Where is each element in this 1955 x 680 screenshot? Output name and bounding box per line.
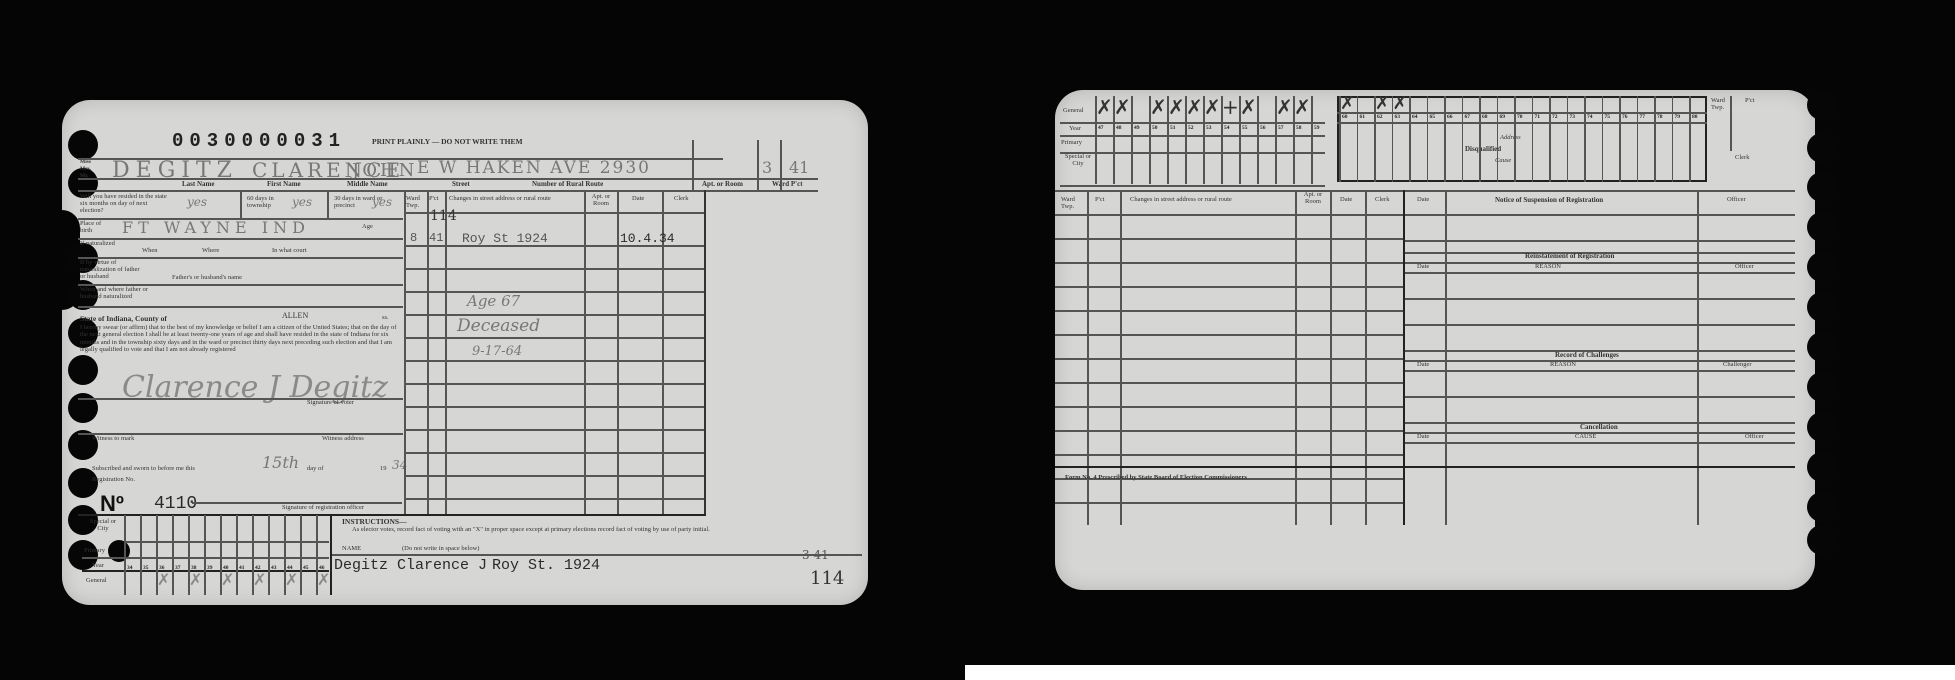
cancellation-date: Date bbox=[1417, 434, 1429, 441]
vote-mark: ✗ bbox=[317, 570, 330, 589]
punch-hole bbox=[1807, 292, 1837, 322]
prefix-mrs: Mrs. bbox=[80, 167, 91, 173]
punch-hole bbox=[1807, 372, 1837, 402]
label-last-name: Last Name bbox=[182, 181, 214, 188]
label-name: NAME bbox=[342, 546, 361, 553]
label-signature-voter: Signature of voter bbox=[307, 400, 354, 407]
rule bbox=[404, 429, 704, 431]
year-cell: 34 bbox=[127, 565, 133, 571]
label-place-of-birth: Place of birth bbox=[80, 221, 110, 235]
year-cell: 75 bbox=[1605, 114, 1611, 120]
rule bbox=[757, 140, 759, 190]
header-ward-twp: Ward Twp. bbox=[406, 196, 426, 210]
vote-mark: ✗ bbox=[157, 570, 170, 589]
registration-card-back: General Year Primary Special or City Add… bbox=[1055, 90, 1815, 590]
label-when-where-father: When and where father or husband natural… bbox=[80, 287, 165, 301]
rule bbox=[780, 140, 782, 190]
rule bbox=[404, 268, 704, 270]
year-cell: 76 bbox=[1622, 114, 1628, 120]
rule bbox=[78, 306, 403, 308]
vote-mark: ✗ bbox=[1114, 95, 1131, 119]
rule bbox=[584, 190, 586, 515]
challenges-challenger: Challenger bbox=[1723, 362, 1752, 369]
rule bbox=[404, 245, 704, 247]
year-cell: 48 bbox=[1116, 125, 1122, 131]
header-suspension: Notice of Suspension of Registration bbox=[1495, 197, 1603, 204]
punch-hole bbox=[1807, 525, 1837, 555]
header-clerk: Clerk bbox=[674, 196, 688, 203]
instructions-text: As elector votes, record fact of voting … bbox=[352, 527, 832, 534]
rule bbox=[1462, 96, 1464, 182]
header-note: PRINT PLAINLY — DO NOT WRITE THEM bbox=[372, 138, 523, 146]
rule bbox=[1357, 96, 1359, 182]
label-witness-address: Witness address bbox=[322, 436, 364, 443]
row-label-general: General bbox=[1063, 108, 1084, 115]
rule bbox=[1654, 96, 1656, 182]
year-cell: 47 bbox=[1098, 125, 1104, 131]
vote-mark: ✗ bbox=[1204, 95, 1221, 119]
rule bbox=[404, 498, 704, 500]
rule bbox=[1427, 96, 1429, 182]
year-cell: 51 bbox=[1170, 125, 1176, 131]
row-label-primary: Primary bbox=[84, 548, 105, 555]
year-cell: 39 bbox=[207, 565, 213, 571]
punch-hole bbox=[68, 355, 98, 385]
change-ward: 8 bbox=[410, 231, 417, 245]
header-clerk: Clerk bbox=[1375, 197, 1389, 204]
year-cell: 71 bbox=[1535, 114, 1541, 120]
rule bbox=[1479, 96, 1481, 182]
label-day-of: day of bbox=[307, 466, 323, 473]
instructions-title: INSTRUCTIONS— bbox=[342, 518, 407, 526]
vote-mark: ✗ bbox=[1294, 95, 1311, 119]
label-residence-q: Will you have resided in the state six m… bbox=[80, 194, 170, 214]
rule bbox=[404, 190, 406, 515]
label-naturalized: If naturalized bbox=[80, 241, 120, 248]
label-signature-officer: Signature of registration officer bbox=[282, 505, 364, 512]
label-ward-twp: Ward Twp. bbox=[1711, 98, 1731, 112]
label-house-number: Number of Rural Route bbox=[532, 181, 603, 188]
header-pct: P'ct bbox=[1095, 197, 1104, 204]
rule bbox=[1405, 432, 1795, 434]
rule bbox=[1055, 334, 1403, 336]
residence-answer-ward: yes bbox=[372, 195, 392, 209]
rule bbox=[1055, 454, 1403, 456]
punch-hole bbox=[1807, 492, 1837, 522]
rule bbox=[332, 554, 862, 556]
challenges-title: Record of Challenges bbox=[1555, 352, 1619, 359]
rule bbox=[1060, 135, 1325, 137]
rule bbox=[1409, 96, 1411, 182]
label-age: Age bbox=[362, 224, 373, 231]
rule bbox=[1405, 324, 1795, 326]
number-mark: Nº bbox=[100, 492, 124, 515]
label-apt-room: Apt. or Room bbox=[702, 181, 743, 188]
rule bbox=[1730, 96, 1732, 151]
vote-mark: ✗ bbox=[285, 570, 298, 589]
rule bbox=[692, 140, 694, 190]
registration-number: 4110 bbox=[154, 494, 197, 514]
label-first-name: First Name bbox=[267, 181, 301, 188]
year-cell: 50 bbox=[1152, 125, 1158, 131]
form-footer: Form No. 4 Prescribed by State Board of … bbox=[1065, 475, 1247, 482]
vote-mark: + bbox=[1222, 95, 1239, 119]
year-cell: 66 bbox=[1447, 114, 1453, 120]
year-cell: 35 bbox=[143, 565, 149, 571]
rule bbox=[1055, 310, 1403, 312]
vote-mark: ✗ bbox=[1375, 93, 1390, 114]
place-of-birth-value: FT WAYNE IND bbox=[122, 218, 310, 237]
rule bbox=[204, 515, 206, 595]
registration-card-front: 0030000031 PRINT PLAINLY — DO NOT WRITE … bbox=[62, 100, 868, 605]
vote-mark: ✗ bbox=[1186, 95, 1203, 119]
rule bbox=[1405, 370, 1795, 372]
row-label-special: Special or City bbox=[84, 519, 122, 533]
year-cell: 65 bbox=[1430, 114, 1436, 120]
label-clerk: Clerk bbox=[1735, 155, 1749, 162]
reinstatement-title: Reinstatement of Registration bbox=[1525, 253, 1614, 260]
year-cell: 74 bbox=[1587, 114, 1593, 120]
label-subscribed: Subscribed and sworn to before me this bbox=[92, 466, 195, 473]
year-cell: 58 bbox=[1296, 125, 1302, 131]
rule bbox=[1055, 358, 1403, 360]
rule bbox=[704, 190, 706, 515]
year-cell: 37 bbox=[175, 565, 181, 571]
challenges-date: Date bbox=[1417, 362, 1429, 369]
prefix-miss: Miss bbox=[80, 160, 91, 166]
page-edge bbox=[965, 665, 1955, 680]
header-changes: Changes in street address or rural route bbox=[449, 196, 551, 203]
label-registration-no: Registration No. bbox=[92, 477, 135, 484]
header-changes: Changes in street address or rural route bbox=[1130, 197, 1232, 204]
label-where: Where bbox=[202, 248, 219, 255]
punch-hole bbox=[1807, 172, 1837, 202]
rule bbox=[1405, 240, 1795, 242]
pct-value: 41 bbox=[789, 158, 809, 177]
rule bbox=[124, 515, 126, 595]
year-cell: 69 bbox=[1500, 114, 1506, 120]
rule bbox=[1055, 190, 1795, 192]
punch-hole bbox=[68, 130, 98, 160]
typed-address: Roy St. 1924 bbox=[492, 557, 600, 574]
rule bbox=[404, 475, 704, 477]
year-cell: 56 bbox=[1260, 125, 1266, 131]
cancellation-cause: CAUSE bbox=[1575, 434, 1596, 441]
header-pct: P'ct bbox=[429, 196, 438, 203]
header-date: Date bbox=[632, 196, 644, 203]
label-middle-name: Middle Name bbox=[347, 181, 388, 188]
label-address: Address bbox=[1500, 135, 1521, 142]
label-court: In what court bbox=[272, 248, 307, 255]
challenges-reason: REASON bbox=[1550, 362, 1576, 369]
row-label-year: Year bbox=[1069, 126, 1081, 133]
change-address: Roy St 1924 bbox=[462, 231, 548, 246]
year-cell: 77 bbox=[1640, 114, 1646, 120]
rule bbox=[404, 337, 704, 339]
year-cell: 79 bbox=[1675, 114, 1681, 120]
reinstatement-date: Date bbox=[1417, 264, 1429, 271]
rule bbox=[1619, 96, 1621, 182]
rule bbox=[404, 452, 704, 454]
corner-note-ward: 3 41 bbox=[802, 548, 829, 562]
rule bbox=[1532, 96, 1534, 182]
rule bbox=[1131, 96, 1133, 184]
punch-hole bbox=[1807, 412, 1837, 442]
rule bbox=[327, 190, 329, 218]
rule bbox=[300, 515, 302, 595]
cancellation-title: Cancellation bbox=[1580, 424, 1618, 431]
year-cell: 80 bbox=[1692, 114, 1698, 120]
rule bbox=[240, 190, 242, 218]
punch-hole bbox=[1807, 212, 1837, 242]
subscribed-day: 15th bbox=[262, 453, 299, 472]
reinstatement-officer: Officer bbox=[1735, 264, 1754, 271]
county-value: ALLEN bbox=[282, 312, 308, 320]
year-cell: 45 bbox=[303, 565, 309, 571]
change-date: 10.4.34 bbox=[620, 231, 675, 246]
rule bbox=[1405, 442, 1795, 444]
rule bbox=[1444, 96, 1446, 182]
label-fathers-name: Father's or husband's name bbox=[172, 275, 242, 282]
year-cell: 68 bbox=[1482, 114, 1488, 120]
year-cell: 64 bbox=[1412, 114, 1418, 120]
vote-mark: ✗ bbox=[1240, 95, 1257, 119]
rule bbox=[124, 541, 329, 543]
year-cell: 62 bbox=[1377, 114, 1383, 120]
rule bbox=[1405, 272, 1795, 274]
ward-value: 3 bbox=[762, 158, 772, 177]
vote-mark: ✗ bbox=[189, 570, 202, 589]
year-cell: 63 bbox=[1395, 114, 1401, 120]
note-age: Age 67 bbox=[467, 292, 520, 310]
rule bbox=[1055, 238, 1403, 240]
year-cell: 49 bbox=[1134, 125, 1140, 131]
residence-answer-township: yes bbox=[292, 195, 312, 209]
rule bbox=[78, 190, 818, 192]
rule bbox=[617, 190, 619, 515]
year-cell: 53 bbox=[1206, 125, 1212, 131]
rule bbox=[172, 515, 174, 595]
header-apt: Apt. or Room bbox=[1300, 192, 1326, 206]
residence-answer-state: yes bbox=[187, 195, 207, 209]
change-pct: 41 bbox=[429, 231, 443, 245]
header-apt: Apt. or Room bbox=[588, 194, 614, 208]
rule bbox=[445, 190, 447, 515]
rule bbox=[1549, 96, 1551, 182]
rule bbox=[1055, 214, 1795, 216]
vote-mark: ✗ bbox=[1276, 95, 1293, 119]
label-when: When bbox=[142, 248, 158, 255]
vote-mark: ✗ bbox=[221, 570, 234, 589]
rule bbox=[1055, 406, 1403, 408]
label-witness-mark: Witness to mark bbox=[92, 436, 134, 443]
label-by-virtue: If by virtue of naturalization of father… bbox=[80, 260, 140, 280]
label-year-19: 19 bbox=[380, 466, 387, 473]
label-street: Street bbox=[452, 181, 470, 188]
vote-mark: ✗ bbox=[253, 570, 266, 589]
typed-name: Degitz Clarence J bbox=[334, 557, 487, 574]
rule bbox=[1405, 298, 1795, 300]
header-suspension-date: Date bbox=[1417, 197, 1429, 204]
year-cell: 54 bbox=[1224, 125, 1230, 131]
rule bbox=[1055, 286, 1403, 288]
rule bbox=[78, 238, 403, 240]
year-cell: 52 bbox=[1188, 125, 1194, 131]
rule bbox=[1257, 96, 1259, 184]
rule bbox=[1055, 502, 1403, 504]
rule bbox=[1672, 96, 1674, 182]
year-cell: 41 bbox=[239, 565, 245, 571]
oath-text: I hereby swear (or affirm) that to the b… bbox=[80, 324, 400, 354]
punch-hole bbox=[1807, 90, 1837, 120]
year-cell: 73 bbox=[1570, 114, 1576, 120]
header-suspension-officer: Officer bbox=[1727, 197, 1746, 204]
row-label-year: Year bbox=[92, 563, 104, 570]
vote-mark: ✗ bbox=[1096, 95, 1113, 119]
cancellation-officer: Officer bbox=[1745, 434, 1764, 441]
rule bbox=[78, 257, 403, 259]
street-value: E W HAKEN AVE 2930 bbox=[417, 158, 651, 178]
year-cell: 72 bbox=[1552, 114, 1558, 120]
rule bbox=[1567, 96, 1569, 182]
rule bbox=[1497, 96, 1499, 182]
rule bbox=[1060, 185, 1325, 187]
corner-note-pct: 114 bbox=[810, 568, 844, 589]
label-ward-pct: Ward P'ct bbox=[772, 181, 803, 188]
rule bbox=[268, 515, 270, 595]
rule bbox=[1060, 152, 1325, 154]
year-cell: 59 bbox=[1314, 125, 1320, 131]
header-ward-twp: Ward Twp. bbox=[1061, 197, 1085, 211]
rule bbox=[1055, 430, 1403, 432]
vote-mark: ✗ bbox=[1168, 95, 1185, 119]
label-no-write: (Do not write in space below) bbox=[402, 546, 479, 553]
punch-hole bbox=[1807, 133, 1837, 163]
row-label-general: General bbox=[86, 578, 107, 585]
year-cell: 78 bbox=[1657, 114, 1663, 120]
rule bbox=[404, 383, 704, 385]
serial-number: 0030000031 bbox=[172, 130, 346, 152]
row-label-special: Special or City bbox=[1063, 154, 1093, 168]
note-deceased: Deceased bbox=[457, 316, 540, 336]
punch-hole bbox=[1807, 332, 1837, 362]
rule bbox=[1514, 96, 1516, 182]
rule bbox=[1055, 466, 1795, 468]
rule bbox=[82, 557, 329, 559]
rule bbox=[404, 406, 704, 408]
vote-mark: ✗ bbox=[1393, 93, 1408, 114]
label-pct: P'ct bbox=[1745, 98, 1754, 105]
year-cell: 67 bbox=[1465, 114, 1471, 120]
label-ss: ss. bbox=[382, 315, 389, 322]
rule bbox=[404, 314, 704, 316]
rule bbox=[404, 360, 704, 362]
rule bbox=[404, 291, 704, 293]
punch-hole bbox=[1807, 252, 1837, 282]
rule bbox=[78, 398, 403, 400]
rule bbox=[1311, 96, 1313, 184]
rule bbox=[1689, 96, 1691, 182]
rule bbox=[1055, 382, 1403, 384]
row-label-primary: Primary bbox=[1061, 140, 1082, 147]
header-date: Date bbox=[1340, 197, 1352, 204]
rule bbox=[236, 515, 238, 595]
rule bbox=[1060, 122, 1325, 124]
year-cell: 57 bbox=[1278, 125, 1284, 131]
oath-title: State of Indiana, County of bbox=[80, 315, 167, 323]
year-cell: 55 bbox=[1242, 125, 1248, 131]
year-cell: 60 bbox=[1342, 114, 1348, 120]
rule bbox=[1055, 262, 1403, 264]
rule bbox=[1584, 96, 1586, 182]
label-township-q: 60 days in township bbox=[247, 196, 287, 210]
rule bbox=[140, 515, 142, 595]
vote-mark: ✗ bbox=[1150, 95, 1167, 119]
reinstatement-reason: REASON bbox=[1535, 264, 1561, 271]
punch-hole bbox=[1807, 452, 1837, 482]
year-cell: 43 bbox=[271, 565, 277, 571]
year-cell: 61 bbox=[1360, 114, 1366, 120]
year-cell: 70 bbox=[1517, 114, 1523, 120]
rule bbox=[1405, 396, 1795, 398]
vote-mark: ✗ bbox=[1340, 93, 1355, 114]
note-date: 9-17-64 bbox=[472, 344, 522, 359]
rule bbox=[1637, 96, 1639, 182]
rule bbox=[1602, 96, 1604, 182]
pct-note: 114 bbox=[430, 208, 457, 224]
